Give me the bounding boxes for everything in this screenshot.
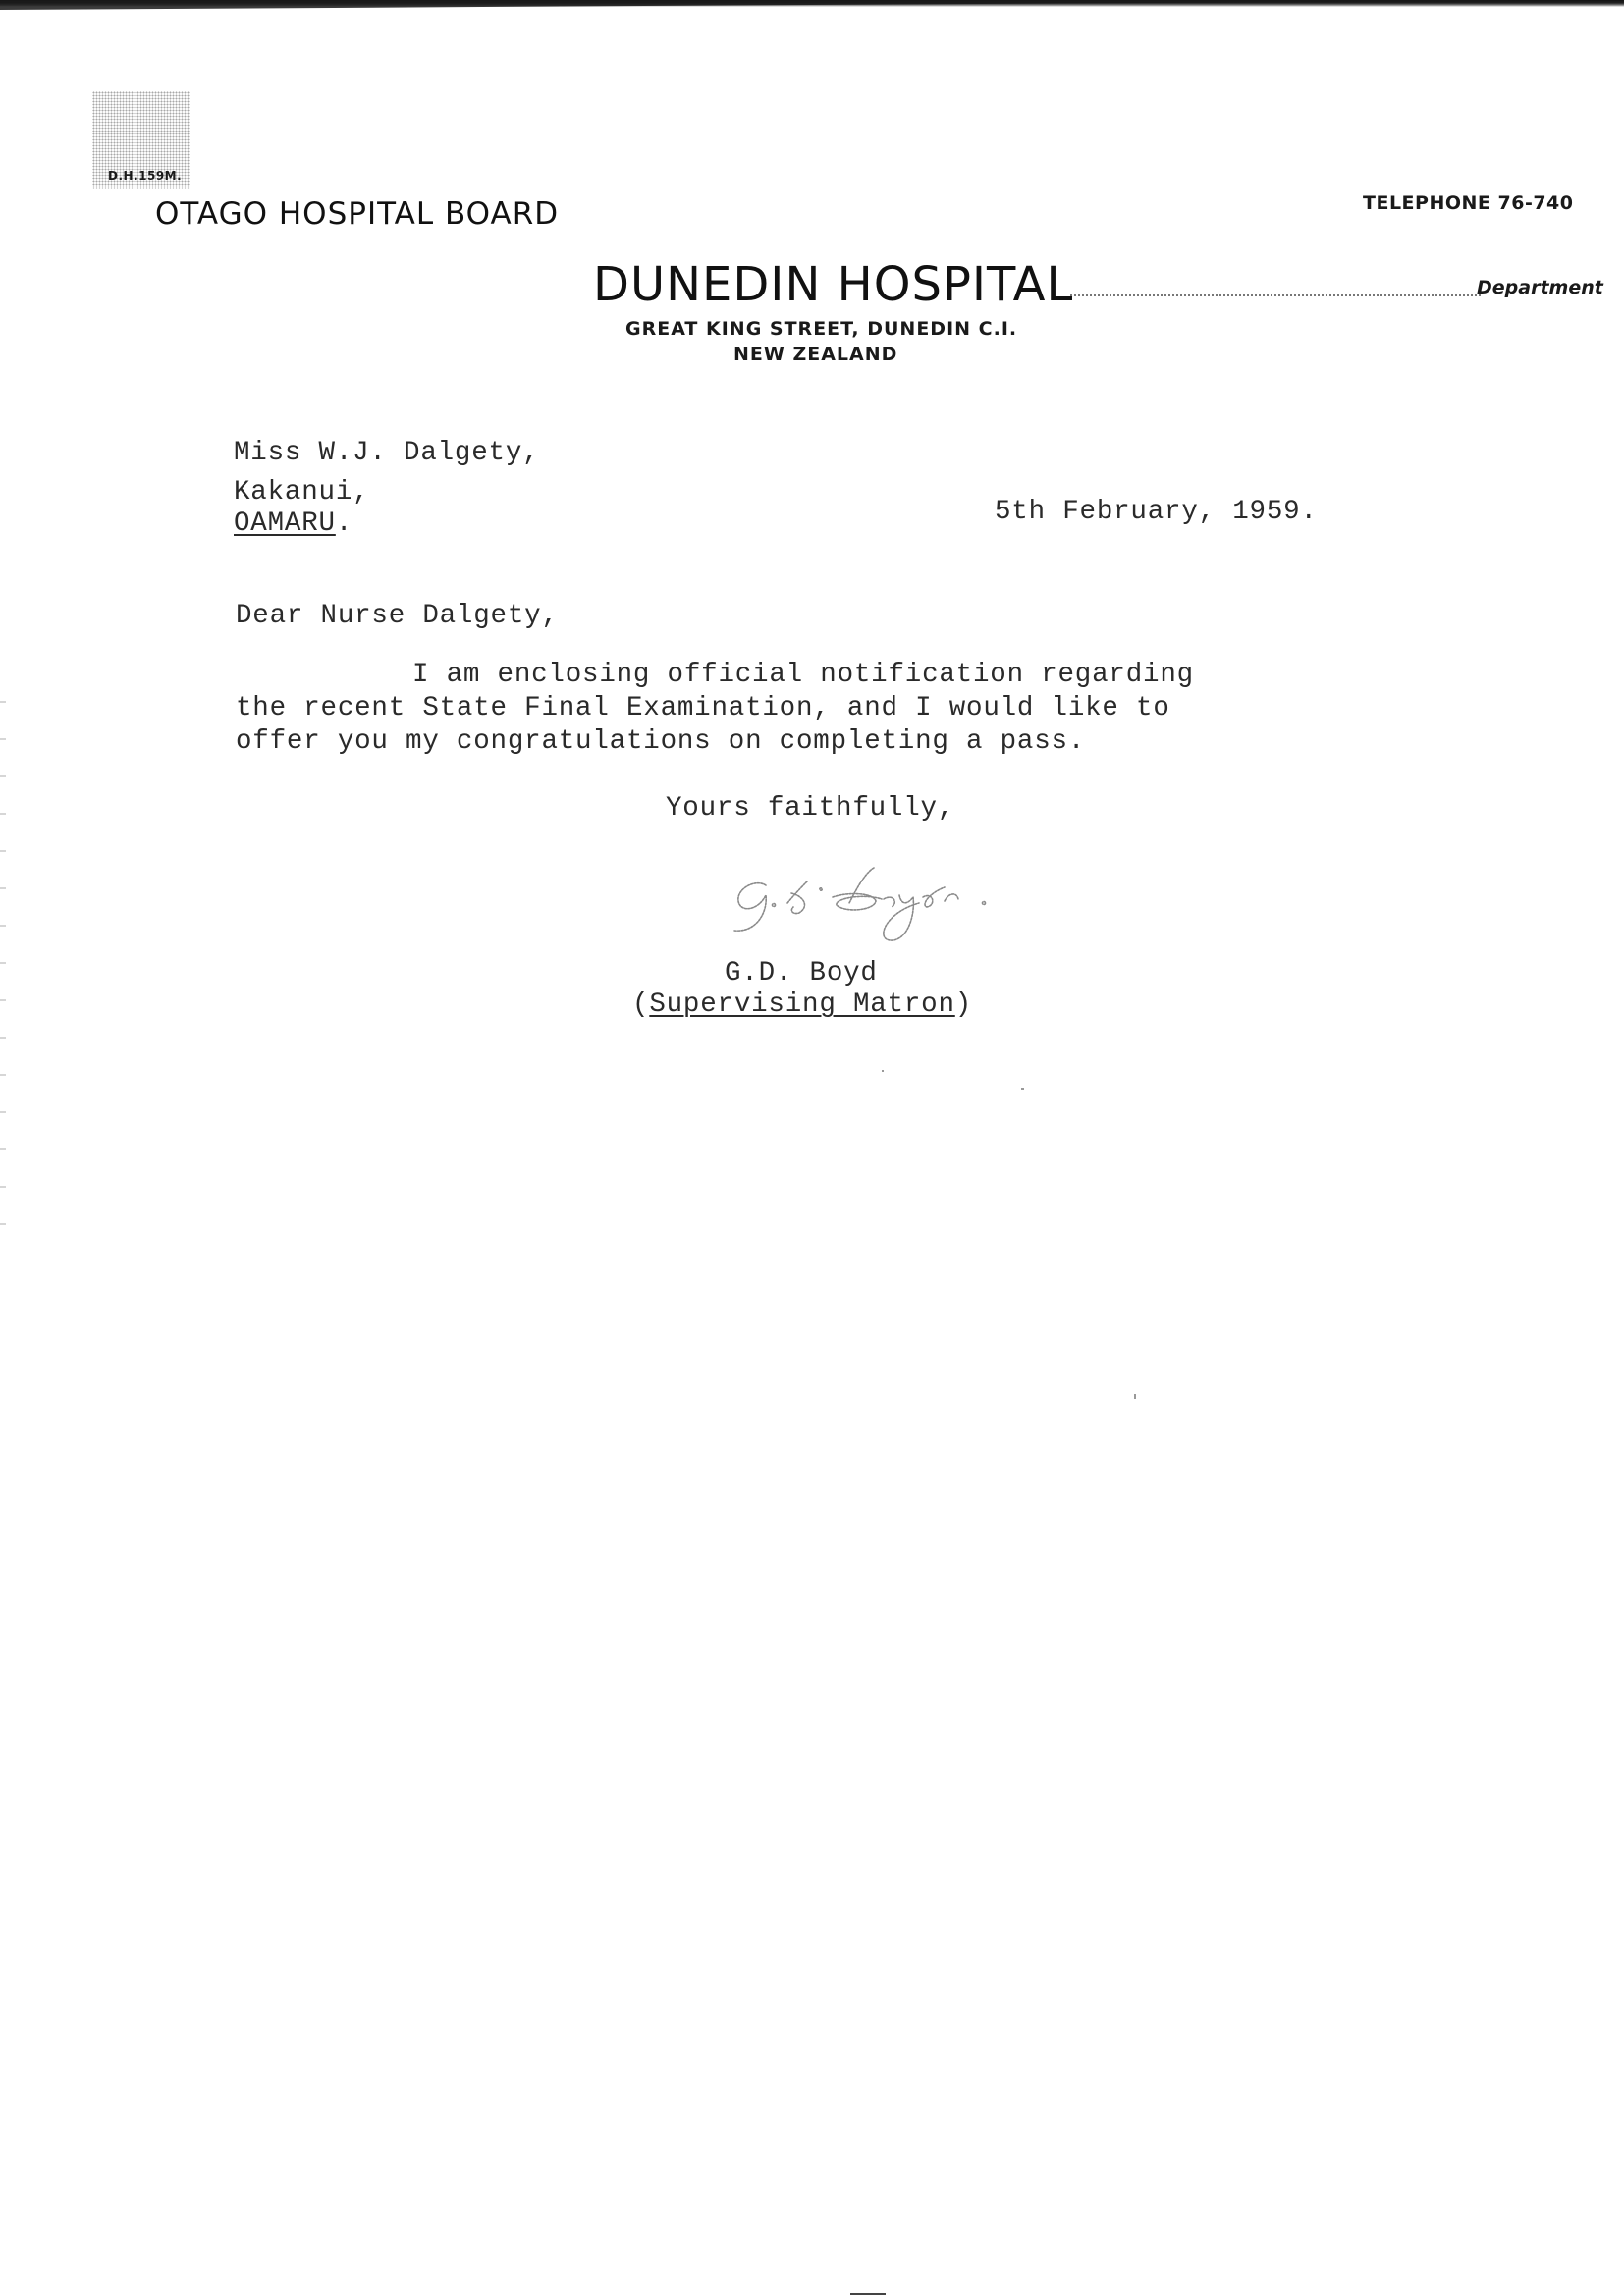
title-close-paren: ) bbox=[955, 989, 972, 1020]
recipient-town-line: OAMARU. bbox=[234, 508, 352, 539]
body-line-1: I am enclosing official notification reg… bbox=[412, 660, 1194, 690]
body-line-2: the recent State Final Examination, and … bbox=[236, 693, 1170, 723]
hospital-name: DUNEDIN HOSPITAL bbox=[593, 257, 1073, 312]
title-open-paren: ( bbox=[632, 989, 649, 1020]
department-label: Department bbox=[1477, 277, 1603, 298]
recipient-town: OAMARU bbox=[234, 508, 336, 539]
scan-speck bbox=[1021, 1088, 1024, 1090]
scan-speck bbox=[882, 1070, 884, 1072]
signer-title: Supervising Matron bbox=[649, 989, 954, 1020]
hospital-address-street: GREAT KING STREET, DUNEDIN C.I. bbox=[625, 318, 1017, 340]
signer-name: G.D. Boyd bbox=[725, 958, 878, 988]
form-code: D.H.159M. bbox=[108, 169, 182, 183]
scan-speck bbox=[1134, 1394, 1136, 1399]
salutation: Dear Nurse Dalgety, bbox=[236, 601, 559, 631]
recipient-town-suffix: . bbox=[336, 508, 352, 539]
recipient-name: Miss W.J. Dalgety, bbox=[234, 438, 539, 468]
recipient-locality: Kakanui, bbox=[234, 477, 369, 507]
board-name: OTAGO HOSPITAL BOARD bbox=[155, 196, 559, 232]
closing: Yours faithfully, bbox=[666, 793, 954, 824]
letter-date: 5th February, 1959. bbox=[995, 497, 1318, 527]
hospital-address-country: NEW ZEALAND bbox=[733, 344, 897, 365]
handwritten-signature bbox=[727, 854, 1031, 962]
department-fill-line bbox=[1070, 294, 1481, 296]
scan-left-margin-marks bbox=[0, 687, 6, 1256]
signer-title-line: (Supervising Matron) bbox=[632, 989, 972, 1020]
telephone-number: TELEPHONE 76-740 bbox=[1363, 192, 1574, 214]
scan-top-shadow bbox=[0, 0, 1624, 10]
body-line-3: offer you my congratulations on completi… bbox=[236, 726, 1085, 757]
scan-speck bbox=[850, 2293, 886, 2295]
